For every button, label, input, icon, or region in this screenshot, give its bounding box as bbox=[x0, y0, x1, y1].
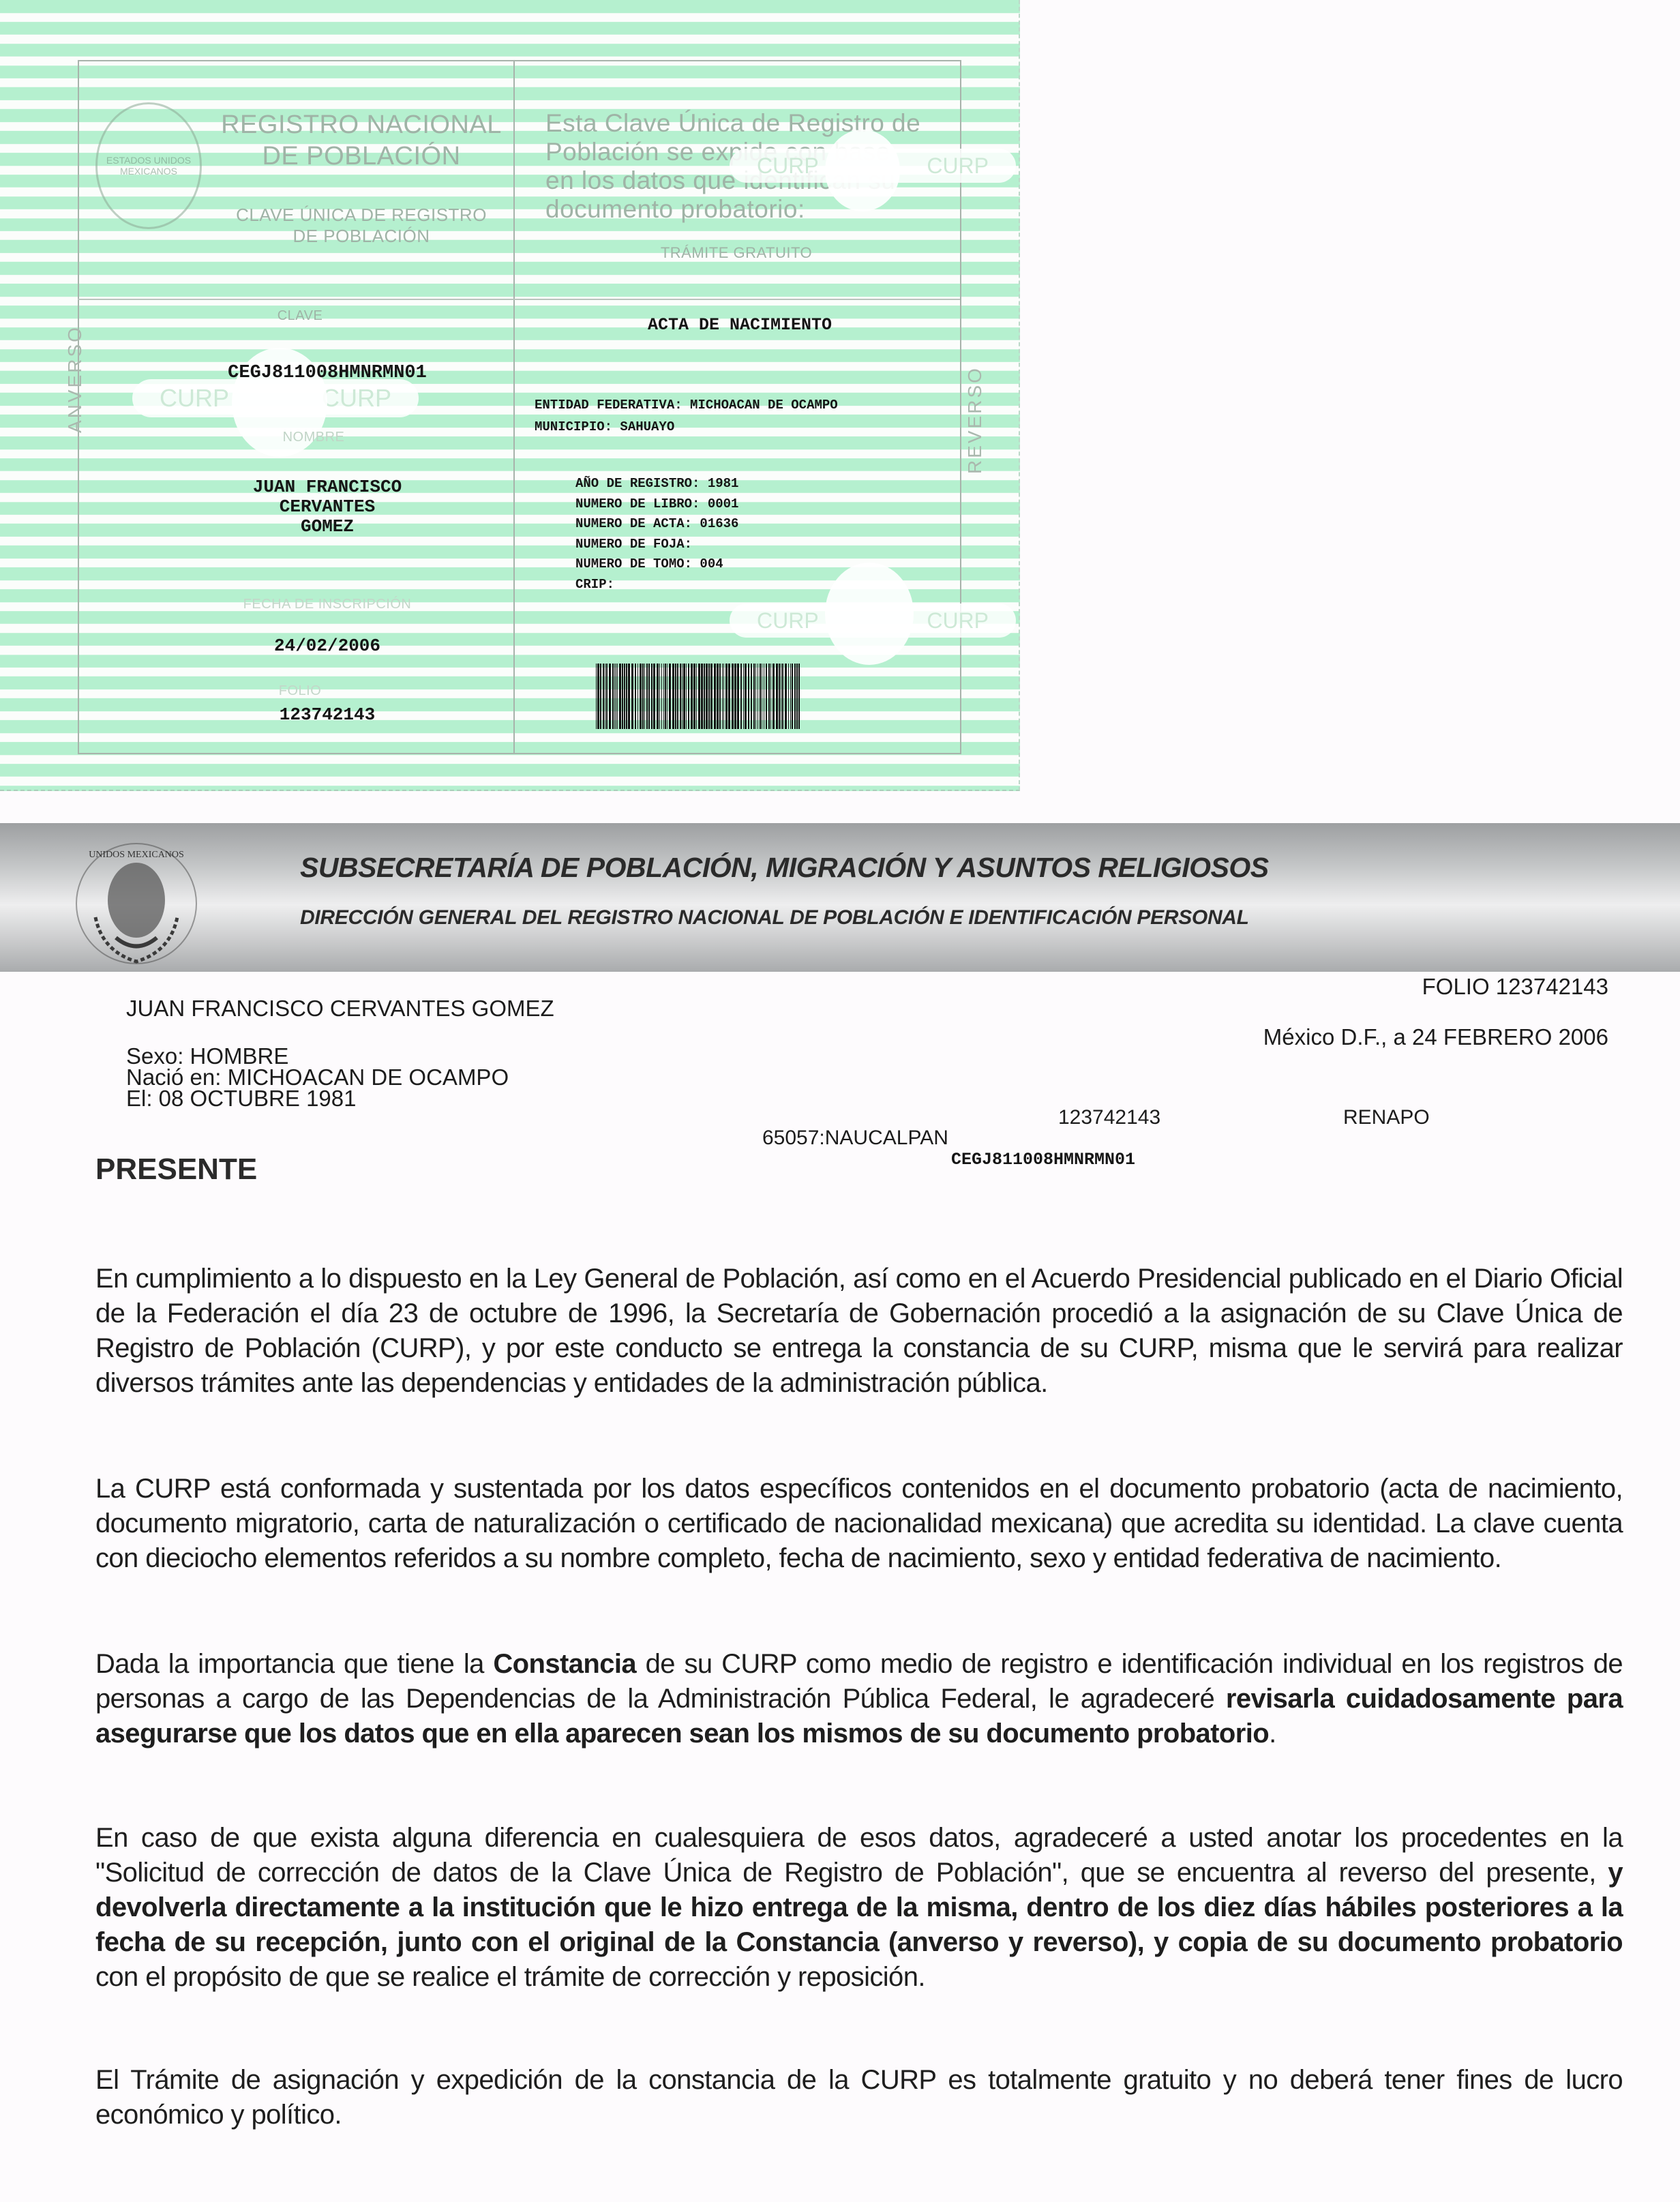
curp-seal-back-icon bbox=[825, 130, 900, 211]
registry-fields: AÑO DE REGISTRO: 1981 NUMERO DE LIBRO: 0… bbox=[575, 474, 738, 595]
recipient-name: JUAN FRANCISCO CERVANTES GOMEZ bbox=[126, 996, 554, 1022]
curp-watermark-back2-left: CURP bbox=[757, 608, 819, 634]
mexican-coat-of-arms-icon: UNIDOS MEXICANOS bbox=[68, 835, 205, 972]
paragraph-text: con el propósito de que se realice el tr… bbox=[95, 1962, 925, 1992]
reference-renapo: RENAPO bbox=[1343, 1105, 1430, 1131]
eagle-seal-icon: ESTADOS UNIDOS MEXICANOS bbox=[95, 102, 202, 229]
curp-watermark-right: CURP bbox=[322, 384, 391, 413]
emphasized-text: Constancia bbox=[493, 1649, 636, 1679]
paragraph-text: Dada la importancia que tiene la bbox=[95, 1649, 493, 1679]
barcode-icon bbox=[596, 664, 803, 729]
field-numero-foja: NUMERO DE FOJA: bbox=[575, 535, 738, 555]
curp-watermark-back-left: CURP bbox=[757, 153, 819, 179]
reverso-label: REVERSO bbox=[964, 366, 986, 475]
card-subtitle-line1: CLAVE ÚNICA DE REGISTRO bbox=[211, 205, 511, 226]
paragraph-5: El Trámite de asignación y expedición de… bbox=[95, 2063, 1623, 2132]
tramite-gratuito: TRÁMITE GRATUITO bbox=[545, 244, 927, 262]
paragraph-4: En caso de que exista alguna diferencia … bbox=[95, 1821, 1623, 1995]
curp-seal-back-2-icon bbox=[825, 563, 914, 665]
reference-office: 65057:NAUCALPAN bbox=[762, 1125, 948, 1151]
municipio: MUNICIPIO: SAHUAYO bbox=[535, 416, 838, 438]
card-header-separator bbox=[78, 299, 960, 300]
card-divider bbox=[513, 60, 515, 753]
eagle-seal-text: UNIDOS MEXICANOS bbox=[89, 850, 184, 860]
paragraph-text: El Trámite de asignación y expedición de… bbox=[95, 2065, 1623, 2130]
paragraph-1: En cumplimiento a lo dispuesto en la Ley… bbox=[95, 1262, 1623, 1401]
recipient-details: Sexo: HOMBRE Nació en: MICHOACAN DE OCAM… bbox=[126, 1045, 509, 1109]
field-numero-acta: NUMERO DE ACTA: 01636 bbox=[575, 514, 738, 535]
entidad-federativa: ENTIDAD FEDERATIVA: MICHOACAN DE OCAMPO bbox=[535, 394, 838, 416]
anverso-label: ANVERSO bbox=[64, 325, 86, 434]
clave-label: CLAVE bbox=[218, 308, 382, 324]
paragraph-text: . bbox=[1269, 1719, 1276, 1749]
letter-header-banner: UNIDOS MEXICANOS SUBSECRETARÍA DE POBLAC… bbox=[0, 823, 1680, 972]
fecha-value: 24/02/2006 bbox=[205, 636, 450, 656]
letter-folio: FOLIO 123742143 bbox=[1422, 974, 1608, 1000]
curp-watermark-back2-right: CURP bbox=[927, 608, 989, 634]
letter-place-date: México D.F., a 24 FEBRERO 2006 bbox=[1263, 1024, 1608, 1050]
card-subtitle: CLAVE ÚNICA DE REGISTRO DE POBLACIÓN bbox=[211, 205, 511, 247]
field-numero-tomo: NUMERO DE TOMO: 004 bbox=[575, 554, 738, 575]
card-title-line1: REGISTRO NACIONAL bbox=[218, 109, 505, 140]
recipient-birthdate: El: 08 OCTUBRE 1981 bbox=[126, 1088, 509, 1109]
curp-watermark-left: CURP bbox=[160, 384, 229, 413]
card-subtitle-line2: DE POBLACIÓN bbox=[211, 226, 511, 247]
document-location: ENTIDAD FEDERATIVA: MICHOACAN DE OCAMPO … bbox=[535, 394, 838, 438]
paragraph-3: Dada la importancia que tiene la Constan… bbox=[95, 1647, 1623, 1751]
recipient-sexo: Sexo: HOMBRE bbox=[126, 1045, 509, 1067]
paragraph-text: La CURP está conformada y sustentada por… bbox=[95, 1474, 1623, 1573]
curp-card: ANVERSO REVERSO ESTADOS UNIDOS MEXICANOS… bbox=[0, 0, 1020, 791]
nombre-line-1: JUAN FRANCISCO bbox=[205, 477, 450, 497]
field-numero-libro: NUMERO DE LIBRO: 0001 bbox=[575, 494, 738, 515]
seal-text: ESTADOS UNIDOS MEXICANOS bbox=[97, 155, 200, 177]
reference-folio: 123742143 bbox=[1058, 1105, 1160, 1131]
paragraph-text: En caso de que exista alguna diferencia … bbox=[95, 1823, 1623, 1888]
nombre-line-3: GOMEZ bbox=[205, 517, 450, 537]
banner-subtitle: DIRECCIÓN GENERAL DEL REGISTRO NACIONAL … bbox=[300, 906, 1249, 929]
back-intro-line-1: Esta Clave Única de Registro de bbox=[545, 109, 948, 138]
field-ano-registro: AÑO DE REGISTRO: 1981 bbox=[575, 474, 738, 494]
field-crip: CRIP: bbox=[575, 575, 738, 595]
folio-value: 123742143 bbox=[205, 704, 450, 725]
fecha-label: FECHA DE INSCRIPCIÓN bbox=[205, 597, 450, 612]
folio-label: FOLIO bbox=[232, 683, 368, 699]
card-title-line2: DE POBLACIÓN bbox=[218, 140, 505, 172]
paragraph-2: La CURP está conformada y sustentada por… bbox=[95, 1472, 1623, 1576]
card-title: REGISTRO NACIONAL DE POBLACIÓN bbox=[218, 109, 505, 172]
nombre-line-2: CERVANTES bbox=[205, 497, 450, 517]
paragraph-text: En cumplimiento a lo dispuesto en la Ley… bbox=[95, 1264, 1623, 1398]
reference-curp: CEGJ811008HMNRMN01 bbox=[951, 1150, 1135, 1170]
document-type: ACTA DE NACIMIENTO bbox=[518, 315, 961, 335]
salutation: PRESENTE bbox=[95, 1152, 257, 1187]
recipient-birthplace: Nació en: MICHOACAN DE OCAMPO bbox=[126, 1067, 509, 1088]
banner-title: SUBSECRETARÍA DE POBLACIÓN, MIGRACIÓN Y … bbox=[300, 852, 1269, 884]
nombre-value: JUAN FRANCISCO CERVANTES GOMEZ bbox=[205, 477, 450, 537]
curp-watermark-back-right: CURP bbox=[927, 153, 989, 179]
nombre-label: NOMBRE bbox=[232, 430, 395, 445]
clave-value: CEGJ811008HMNRMN01 bbox=[205, 363, 450, 383]
